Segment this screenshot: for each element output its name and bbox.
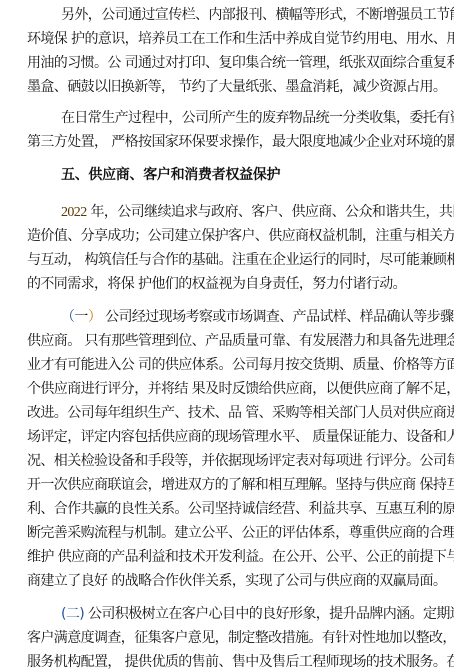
paragraph-line: 商建立了良好 的战略合作伙伴关系，实现了公司与供应商的双赢局面。 (27, 571, 446, 591)
list-marker: (二) (61, 606, 84, 622)
paragraph-line: 改进。公司每年组织生产、技术、品 管、采购等相关部门人员对供应商进行现 (27, 403, 454, 423)
paragraph-line: 用油的习惯。公 司通过对打印、复印集合统一管理，纸张双面综合重复利用， (27, 53, 454, 73)
year-number: 2022 (61, 205, 87, 220)
section-heading: 五、供应商、客户和消费者权益保护 (61, 165, 280, 185)
paragraph-line: 墨盒、硒鼓以旧换新等， 节约了大量纸张、墨盒消耗，减少资源占用。 (27, 77, 446, 97)
paragraph-line: 维护 供应商的产品利益和技术开发利益。在公开、公平、公正的前提下与供应 (27, 547, 454, 567)
paragraph-line: （一） 公司经过现场考察或市场调查、产品试样、样品确认等步骤来选择 (61, 307, 454, 327)
paragraph-line: 断完善采购流程与机制。建立公平、公正的评估体系，尊重供应商的合理报价， (27, 523, 454, 543)
paragraph-line: (二) 公司积极树立在客户心目中的良好形象，提升品牌内涵。定期进行 (61, 604, 454, 624)
paragraph-line: 业才有可能进入公 司的供应体系。公司每月按交货期、质量、价格等方面对每 (27, 355, 454, 375)
paragraph-line: 第三方处置， 严格按国家环保要求操作，最大限度地减少企业对环境的影响。 (27, 132, 454, 152)
paragraph-line: 另外，公司通过宣传栏、内部报刊、横幅等形式，不断增强员工节能降耗、 (61, 5, 454, 25)
list-marker: （ (61, 309, 74, 325)
paragraph-line: 服务机构配置， 提供优质的售前、售中及售后工程师现场的技术服务。在设计、 (27, 652, 454, 669)
paragraph-line: 况、相关检验设备和手段等，并依据现场评定表对每项进 行评分。公司每年召 (27, 451, 454, 471)
paragraph-line: 开一次供应商联谊会，增进双方的了解和相互理解。坚持与供应商 保持互惠互 (27, 475, 454, 495)
paragraph-line: 环境保 护的意识，培养员工在工作和生活中养成自觉节约用电、用水、用纸、 (27, 29, 454, 49)
paragraph-line: 与互动， 构筑信任与合作的基础。注重在企业运行的同时，尽可能兼顾相关方 (27, 250, 454, 270)
paragraph-line: 个供应商进行评分，并将结 果及时反馈给供应商，以便供应商了解不足，寻求 (27, 379, 454, 399)
paragraph-line: 供应商。 只有那些管理到位、产品质量可靠、有发展潜力和具备先进理念的企 (27, 331, 454, 351)
paragraph-line: 客户满意度调查，征集客户意见，制定整改措施。有针对性地加以整改，并完善 (27, 628, 454, 648)
paragraph-line: 造价值、分享成功；公司建立保护客户、供应商权益机制，注重与相关方的沟通 (27, 226, 454, 246)
paragraph-line: 的不同需求，将保 护他们的权益视为自身责任，努力付诸行动。 (27, 274, 406, 294)
paragraph-line: 场评定，评定内容包括供应商的现场管理水平、 质量保证能力、设备和人员情 (27, 427, 454, 447)
paragraph-line: 2022 年，公司继续追求与政府、客户、供应商、公众和谐共生，共同创 (61, 202, 454, 222)
paragraph-line: 在日常生产过程中，公司所产生的废弃物品统一分类收集，委托有资质的 (61, 108, 454, 128)
paragraph-line: 利、合作共赢的良性关系。公司坚持诚信经营、利益共享、互惠互利的原则，不 (27, 499, 454, 519)
